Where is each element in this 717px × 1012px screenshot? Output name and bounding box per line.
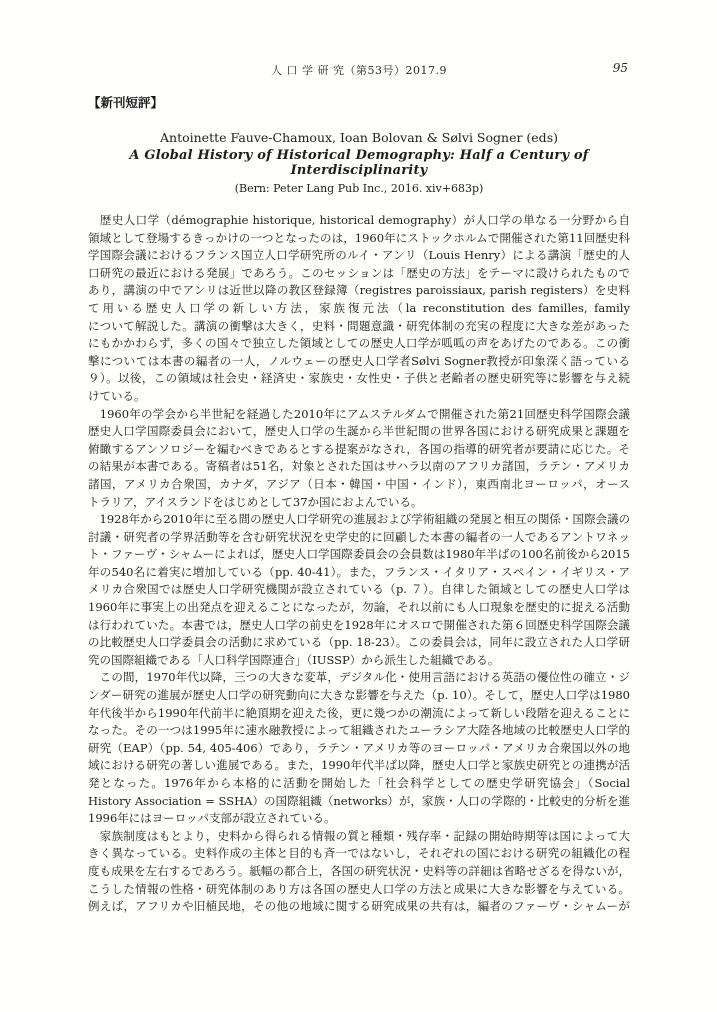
body-line: 年の540名に着実に増加している（pp. 40-41）。また，フランス・イタリア…	[88, 564, 630, 582]
body-line: 例えば，アフリカや旧植民地，その他の地域に関する研究成果の共有は，編者のファーヴ…	[88, 898, 630, 916]
review-body: 歴史人口学（démographie historique, historical…	[88, 212, 630, 916]
body-line: 1928年から2010年に至る間の歴史人口学研究の進展および学術組織の発展と相互…	[88, 511, 630, 529]
body-line: は行われていた。本書では，歴史人口学の前史を1928年にオスロで開催された第６回…	[88, 617, 630, 635]
body-line: 学国際会議におけるフランス国立人口学研究所のルイ・アンリ（Louis Henry…	[88, 247, 630, 265]
body-line: 討議・研究者の学界活動等を含む研究状況を史学史的に回顧した本書の編者の一人である…	[88, 529, 630, 547]
body-line: ト・ファーヴ・シャムーによれば，歴史人口学国際委員会の会員数は1980年半ばの1…	[88, 546, 630, 564]
body-line: 度も成果を左右するであろう。紙幅の都合上，各国の研究状況・史料等の詳細は省略せざ…	[88, 863, 630, 881]
body-line: History Association = SSHA）の国際組織（network…	[88, 793, 630, 811]
body-line: この間，1970年代以降，三つの大きな変革，デジタル化・使用言語における英語の優…	[88, 669, 630, 687]
body-line: けている。	[88, 388, 630, 406]
page-header: 人 口 学 研 究（第53号）2017.9 95	[88, 62, 630, 78]
body-line: の比較歴史人口学委員会の活動に求めている（pp. 18-23）。この委員会は，同…	[88, 634, 630, 652]
body-line: にもかかわらず，多くの国々で独立した領域としての歴史人口学が呱呱の声をあげたので…	[88, 335, 630, 353]
body-line: 1960年に事実上の出発点を迎えることになったが，勿論，それ以前にも人口現象を歴…	[88, 599, 630, 617]
body-line: あり，講演の中でアンリは近世以降の教区登録簿（registres paroiss…	[88, 282, 630, 300]
body-line: 歴史人口学（démographie historique, historical…	[88, 212, 630, 230]
book-title: A Global History of Historical Demograph…	[88, 148, 630, 178]
body-line: ９）。以後，この領域は社会史・経済史・家族史・女性史・子供と老齢者の歴史研究等に…	[88, 370, 630, 388]
book-imprint: (Bern: Peter Lang Pub Inc., 2016. xiv+68…	[88, 182, 630, 195]
body-line: 諸国，アメリカ合衆国，カナダ，アジア（日本・韓国・中国・インド），東西南北ヨーロ…	[88, 476, 630, 494]
body-line: きく異なっている。史料作成の主体と目的も斉一ではないし，それぞれの国における研究…	[88, 845, 630, 863]
journal-running-title: 人 口 学 研 究（第53号）2017.9	[271, 64, 447, 77]
body-line: 発となった。1976年から本格的に活動を開始した「社会科学としての歴史学研究協会…	[88, 775, 630, 793]
page-content: 人 口 学 研 究（第53号）2017.9 95 【新刊短評】 Antoinet…	[0, 0, 717, 916]
body-line: なった。その一つは1995年に速水融教授によって組織されたユーラシア大陸各地域の…	[88, 722, 630, 740]
page-number: 95	[613, 61, 628, 75]
journal-page: 人 口 学 研 究（第53号）2017.9 95 【新刊短評】 Antoinet…	[0, 0, 717, 1012]
body-line: 家族制度はもとより，史料から得られる情報の質と種類・残存率・記録の開始時期等は国…	[88, 828, 630, 846]
body-line: 撃については本書の編者の一人，ノルウェーの歴史人口学者Sølvi Sogner教…	[88, 353, 630, 371]
body-line: 研究（EAP）（pp. 54, 405-406）であり，ラテン・アメリカ等のヨー…	[88, 740, 630, 758]
book-editors: Antoinette Fauve-Chamoux, Ioan Bolovan &…	[88, 130, 630, 145]
section-label: 【新刊短評】	[88, 93, 630, 111]
body-line: 領域として登場するきっかけの一つとなったのは，1960年にストックホルムで開催さ…	[88, 230, 630, 248]
body-line: の結果が本書である。寄稿者は51名，対象とされた国はサハラ以南のアフリカ諸国，ラ…	[88, 458, 630, 476]
book-heading: Antoinette Fauve-Chamoux, Ioan Bolovan &…	[88, 130, 630, 195]
body-line: について解説した。講演の衝撃は大きく，史料・問題意識・研究体制の充実の程度に大き…	[88, 318, 630, 336]
body-line: 究の国際組織である「人口科学国際連合」（IUSSP）から派生した組織である。	[88, 652, 630, 670]
body-line: ンダー研究の進展が歴史人口学の研究動向に大きな影響を与えた（p. 10）。そして…	[88, 687, 630, 705]
body-line: て用いる歴史人口学の新しい方法，家族復元法（la reconstitution …	[88, 300, 630, 318]
body-line: こうした情報の性格・研究体制のあり方は各国の歴史人口学の方法と成果に大きな影響を…	[88, 881, 630, 899]
body-line: 1996年にはヨーロッパ支部が設立されている。	[88, 810, 630, 828]
body-line: トラリア，アイスランドをはじめとして37か国におよんでいる。	[88, 494, 630, 512]
body-line: メリカ合衆国では歴史人口学研究機関が設立されている（p. ７）。自律した領域とし…	[88, 581, 630, 599]
body-line: 口研究の最近における発展」であろう。このセッションは「歴史の方法」をテーマに設け…	[88, 265, 630, 283]
body-line: 俯瞰するアンソロジーを編むべきであるとする提案がなされ，各国の指導的研究者が要請…	[88, 441, 630, 459]
body-line: 1960年の学会から半世紀を経過した2010年にアムステルダムで開催された第21…	[88, 406, 630, 424]
body-line: 域における研究の著しい進展である。また，1990年代半ば以降，歴史人口学と家族史…	[88, 757, 630, 775]
body-line: 年代後半から1990年代前半に絶頂期を迎えた後，更に幾つかの潮流によって新しい段…	[88, 705, 630, 723]
body-line: 歴史人口学国際委員会において，歴史人口学の生誕から半世紀間の世界各国における研究…	[88, 423, 630, 441]
